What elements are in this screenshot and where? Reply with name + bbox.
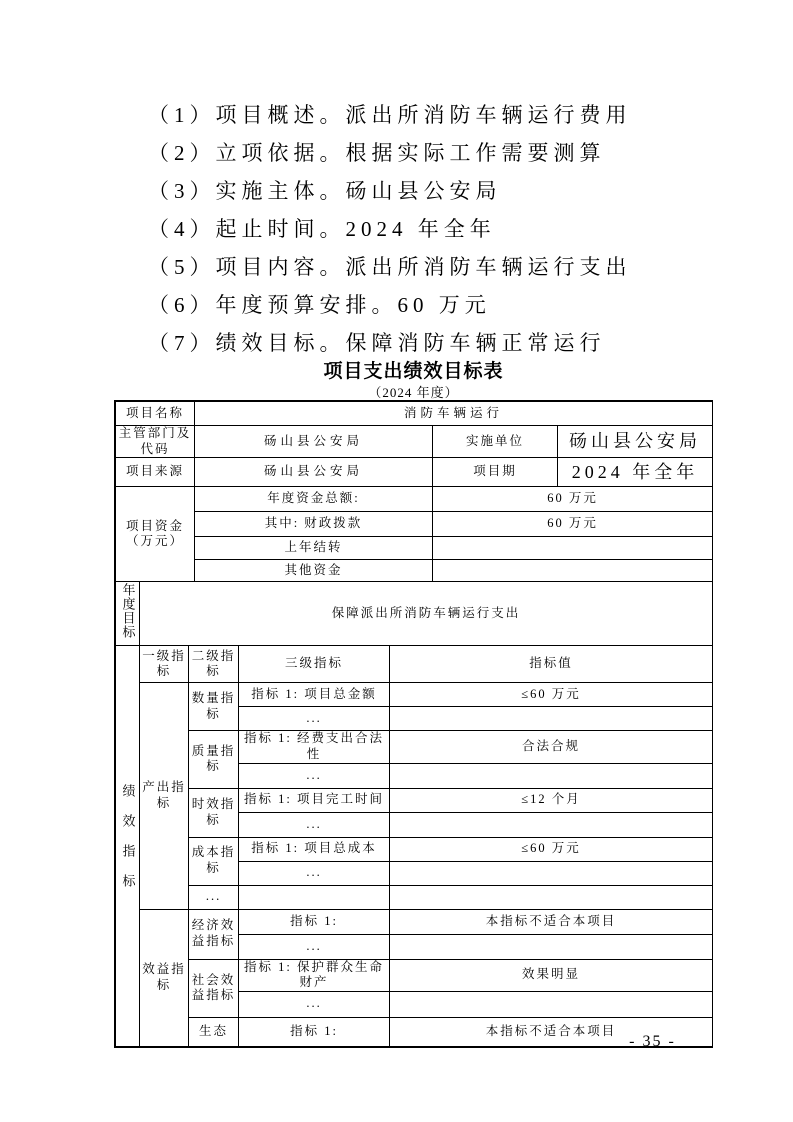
source-value-cell: 砀山县公安局 (195, 458, 433, 487)
funds-other-label-cell: 其他资金 (195, 560, 433, 582)
indicator-cell: ... (239, 812, 390, 837)
level2-quantity-cell: 数量指标 (189, 683, 239, 731)
indicator-cell: 指标 1: 项目完工时间 (239, 788, 390, 812)
annual-goal-value-cell: 保障派出所消防车辆运行支出 (140, 582, 713, 646)
intro-item-3: （3）实施主体。砀山县公安局 (148, 172, 632, 210)
indicator-cell: ... (239, 763, 390, 788)
level2-timeliness-cell: 时效指标 (189, 788, 239, 837)
table-subtitle: （2024 年度） (115, 382, 712, 401)
perf-side-label-cell: 绩效指标 (116, 646, 140, 1047)
indicator-cell: ... (239, 934, 390, 959)
dept-label-cell: 主管部门及代码 (116, 426, 195, 458)
info-table: 项目名称 消防车辆运行 主管部门及代码 砀山县公安局 实施单位 砀山县公安局 项… (115, 401, 713, 582)
funds-fiscal-label-cell: 其中: 财政拨款 (195, 512, 433, 537)
indicator-cell: ... (239, 991, 390, 1017)
level2-economic-cell: 经济效益指标 (189, 909, 239, 959)
indicator-cell: 指标 1: 保护群众生命财产 (239, 959, 390, 991)
indicator-cell: 指标 1: (239, 909, 390, 934)
value-cell: 效果明显 (390, 959, 713, 991)
period-label-cell: 项目期 (433, 458, 558, 487)
project-name-value-cell: 消防车辆运行 (195, 402, 713, 426)
impl-unit-label-cell: 实施单位 (433, 426, 558, 458)
value-cell: 本指标不适合本项目 (390, 909, 713, 934)
header-level2-cell: 二级指标 (189, 646, 239, 683)
value-cell (390, 763, 713, 788)
annual-goal-table: 年度目标 保障派出所消防车辆运行支出 (115, 581, 713, 646)
value-cell (390, 812, 713, 837)
funds-label-cell: 项目资金（万元） (116, 487, 195, 582)
funds-other-value-cell (433, 560, 713, 582)
value-cell (390, 707, 713, 731)
level2-ellipsis-cell: ... (189, 885, 239, 909)
indicator-cell: 指标 1: 经费支出合法性 (239, 731, 390, 763)
header-level1-cell: 一级指标 (140, 646, 189, 683)
level2-quality-cell: 质量指标 (189, 731, 239, 788)
intro-list: （1）项目概述。派出所消防车辆运行费用 （2）立项依据。根据实际工作需要测算 （… (148, 96, 632, 362)
indicator-cell (239, 885, 390, 909)
value-cell: ≤12 个月 (390, 788, 713, 812)
performance-target-table: 项目名称 消防车辆运行 主管部门及代码 砀山县公安局 实施单位 砀山县公安局 项… (114, 400, 713, 1048)
annual-goal-label-cell: 年度目标 (116, 582, 140, 646)
value-cell (390, 991, 713, 1017)
perf-side-label: 绩效指标 (117, 784, 139, 904)
project-name-label-cell: 项目名称 (116, 402, 195, 426)
funds-total-value-cell: 60 万元 (433, 487, 713, 512)
indicator-cell: ... (239, 861, 390, 885)
value-cell: ≤60 万元 (390, 837, 713, 861)
intro-item-4: （4）起止时间。2024 年全年 (148, 210, 632, 248)
indicator-cell: 指标 1: 项目总成本 (239, 837, 390, 861)
impl-unit-value-cell: 砀山县公安局 (558, 426, 713, 458)
table-title: 项目支出绩效目标表 (115, 356, 712, 383)
level2-eco-cell: 生态 (189, 1017, 239, 1046)
annual-goal-label: 年度目标 (117, 583, 139, 639)
indicator-cell: ... (239, 707, 390, 731)
value-cell (390, 885, 713, 909)
dept-value-cell: 砀山县公安局 (195, 426, 433, 458)
intro-item-6: （6）年度预算安排。60 万元 (148, 286, 632, 324)
value-cell: 合法合规 (390, 731, 713, 763)
level2-cost-cell: 成本指标 (189, 837, 239, 885)
indicators-table: 绩效指标 一级指标 二级指标 三级指标 指标值 产出指标 数量指标 指标 1: … (115, 645, 713, 1047)
document-page: （1）项目概述。派出所消防车辆运行费用 （2）立项依据。根据实际工作需要测算 （… (0, 0, 793, 1122)
header-value-cell: 指标值 (390, 646, 713, 683)
intro-item-2: （2）立项依据。根据实际工作需要测算 (148, 134, 632, 172)
funds-total-label-cell: 年度资金总额: (195, 487, 433, 512)
page-number: - 35 - (595, 1033, 710, 1051)
header-level3-cell: 三级指标 (239, 646, 390, 683)
intro-item-1: （1）项目概述。派出所消防车辆运行费用 (148, 96, 632, 134)
value-cell (390, 934, 713, 959)
period-value-cell: 2024 年全年 (558, 458, 713, 487)
funds-fiscal-value-cell: 60 万元 (433, 512, 713, 537)
level2-social-cell: 社会效益指标 (189, 959, 239, 1017)
intro-item-5: （5）项目内容。派出所消防车辆运行支出 (148, 248, 632, 286)
indicator-cell: 指标 1: (239, 1017, 390, 1046)
funds-carryover-label-cell: 上年结转 (195, 537, 433, 560)
funds-carryover-value-cell (433, 537, 713, 560)
value-cell: ≤60 万元 (390, 683, 713, 707)
source-label-cell: 项目来源 (116, 458, 195, 487)
value-cell (390, 861, 713, 885)
level1-output-cell: 产出指标 (140, 683, 189, 909)
indicator-cell: 指标 1: 项目总金额 (239, 683, 390, 707)
level1-benefit-cell: 效益指标 (140, 909, 189, 1046)
